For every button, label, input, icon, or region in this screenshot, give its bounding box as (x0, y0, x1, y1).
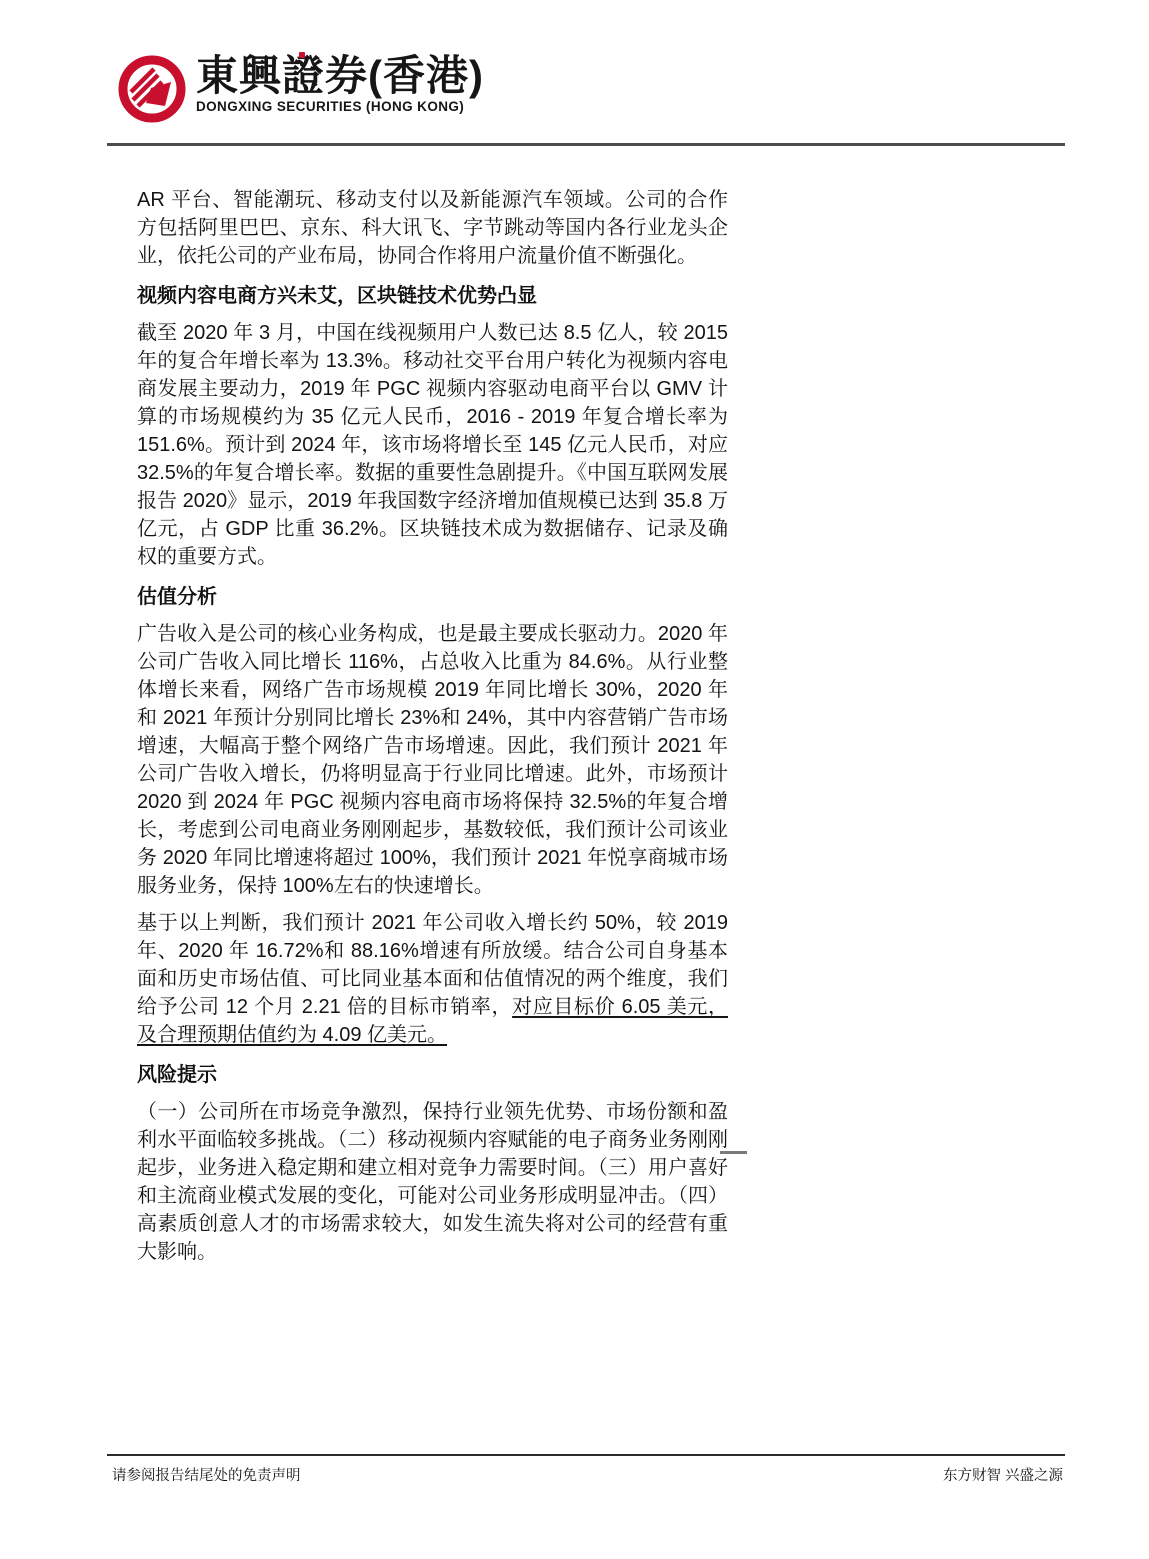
company-logo: 東興證券(香港) DONGXING SECURITIES (HONG KONG) (117, 53, 484, 125)
report-page: 東興證券(香港) DONGXING SECURITIES (HONG KONG)… (0, 0, 1149, 1559)
valuation-paragraph-1: 广告收入是公司的核心业务构成，也是最主要成长驱动力。2020 年公司广告收入同比… (137, 620, 728, 900)
logo-en-text: DONGXING SECURITIES (HONG KONG) (196, 99, 484, 114)
heading-video-ecommerce: 视频内容电商方兴未艾，区块链技术优势凸显 (137, 282, 728, 310)
footer-slogan: 东方财智 兴盛之源 (943, 1466, 1065, 1486)
report-body: AR 平台、智能潮玩、移动支付以及新能源汽车领域。公司的合作方包括阿里巴巴、京东… (137, 186, 728, 1275)
footer: 请参阅报告结尾处的免责声明 东方财智 兴盛之源 (107, 1466, 1065, 1486)
intro-paragraph: AR 平台、智能潮玩、移动支付以及新能源汽车领域。公司的合作方包括阿里巴巴、京东… (137, 186, 728, 270)
footnote-dash (720, 1151, 747, 1154)
risk-paragraph: （一）公司所在市场竞争激烈，保持行业领先优势、市场份额和盈利水平面临较多挑战。（… (137, 1098, 728, 1266)
logo-cn-text: 東興證券(香港) (196, 53, 484, 99)
heading-valuation: 估值分析 (137, 583, 728, 611)
logo-text: 東興證券(香港) DONGXING SECURITIES (HONG KONG) (196, 53, 484, 114)
footer-disclaimer: 请参阅报告结尾处的免责声明 (107, 1466, 301, 1486)
heading-risk: 风险提示 (137, 1061, 728, 1089)
header-rule (107, 143, 1065, 146)
video-ecommerce-paragraph: 截至 2020 年 3 月，中国在线视频用户人数已达 8.5 亿人，较 2015… (137, 319, 728, 571)
logo-red-dot (299, 52, 305, 58)
footer-rule (107, 1454, 1065, 1456)
dongxing-logo-icon (117, 53, 187, 125)
valuation-paragraph-2: 基于以上判断，我们预计 2021 年公司收入增长约 50%，较 2019 年、2… (137, 909, 728, 1049)
